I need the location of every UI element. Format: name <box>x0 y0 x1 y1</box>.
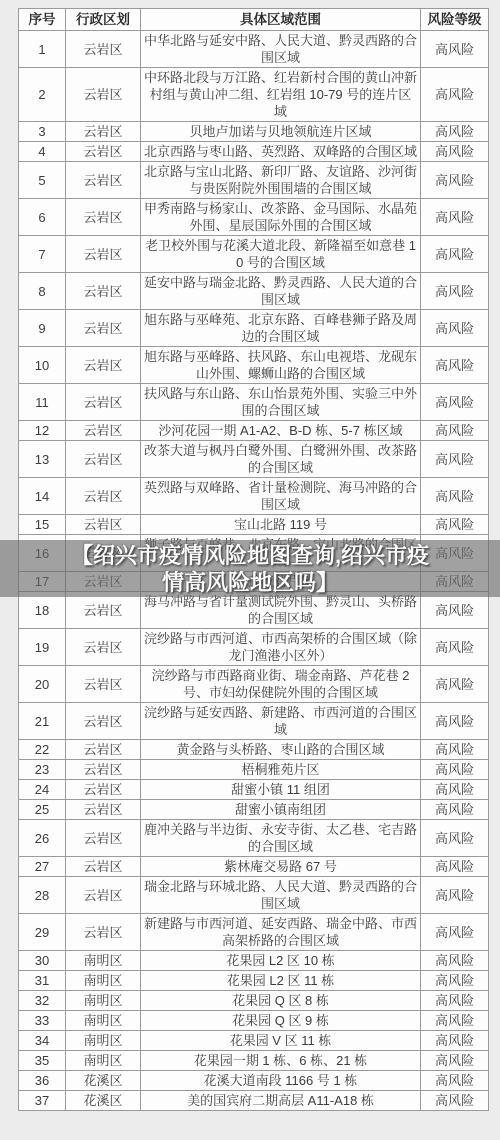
district-cell: 云岩区 <box>66 347 141 384</box>
area-scope-cell: 沙河花园一期 A1-A2、B-D 栋、5-7 栋区域 <box>141 421 421 441</box>
area-scope-cell: 甜蜜小镇南组团 <box>141 800 421 820</box>
risk-level-cell: 高风险 <box>421 914 489 951</box>
district-cell: 云岩区 <box>66 877 141 914</box>
area-scope-cell: 北京西路与枣山路、英烈路、双峰路的合围区域 <box>141 142 421 162</box>
table-row: 14 云岩区 英烈路与双峰路、省计量检测院、海马冲路的合围区域 高风险 <box>19 478 489 515</box>
area-scope-cell: 浣纱路与市西路商业街、瑞金南路、芦花巷 2 号、市妇幼保健院外围的合围区域 <box>141 666 421 703</box>
risk-level-cell: 高风险 <box>421 68 489 122</box>
risk-level-cell: 高风险 <box>421 310 489 347</box>
serial-number-cell: 23 <box>19 760 66 780</box>
risk-level-cell: 高风险 <box>421 592 489 629</box>
risk-level-cell: 高风险 <box>421 951 489 971</box>
area-scope-cell: 贝地卢加诺与贝地领航连片区域 <box>141 122 421 142</box>
area-scope-cell: 鹿冲关路与半边街、永安寺街、太乙巷、宅吉路的合围区域 <box>141 820 421 857</box>
district-cell: 云岩区 <box>66 310 141 347</box>
area-scope-cell: 老卫校外围与花溪大道北段、新隆福至如意巷 10 号的合围区域 <box>141 236 421 273</box>
district-cell: 南明区 <box>66 1011 141 1031</box>
table-row: 29 云岩区 新建路与市西河道、延安西路、瑞金中路、市西高架桥路的合围区域 高风… <box>19 914 489 951</box>
area-scope-cell: 甲秀南路与杨家山、改茶路、金马国际、水晶苑外围、星辰国际外围的合围区域 <box>141 199 421 236</box>
district-cell: 花溪区 <box>66 1091 141 1111</box>
district-cell: 云岩区 <box>66 199 141 236</box>
serial-number-cell: 20 <box>19 666 66 703</box>
risk-level-cell: 高风险 <box>421 515 489 535</box>
header-area-scope: 具体区域范围 <box>141 9 421 31</box>
district-cell: 云岩区 <box>66 740 141 760</box>
district-cell: 云岩区 <box>66 629 141 666</box>
table-row: 19 云岩区 浣纱路与市西河道、市西高架桥的合围区域（除龙门渔港小区外） 高风险 <box>19 629 489 666</box>
district-cell: 云岩区 <box>66 384 141 421</box>
table-row: 25 云岩区 甜蜜小镇南组团 高风险 <box>19 800 489 820</box>
serial-number-cell: 21 <box>19 703 66 740</box>
serial-number-cell: 19 <box>19 629 66 666</box>
serial-number-cell: 2 <box>19 68 66 122</box>
table-row: 3 云岩区 贝地卢加诺与贝地领航连片区域 高风险 <box>19 122 489 142</box>
area-scope-cell: 黄金路与头桥路、枣山路的合围区域 <box>141 740 421 760</box>
table-row: 33 南明区 花果园 Q 区 9 栋 高风险 <box>19 1011 489 1031</box>
area-scope-cell: 改茶大道与枫丹白鹭外围、白鹭洲外围、改茶路的合围区域 <box>141 441 421 478</box>
header-risk-level: 风险等级 <box>421 9 489 31</box>
risk-level-cell: 高风险 <box>421 273 489 310</box>
table-header-row: 序号 行政区划 具体区域范围 风险等级 <box>19 9 489 31</box>
serial-number-cell: 8 <box>19 273 66 310</box>
table-row: 15 云岩区 宝山北路 119 号 高风险 <box>19 515 489 535</box>
risk-level-cell: 高风险 <box>421 162 489 199</box>
table-row: 20 云岩区 浣纱路与市西路商业街、瑞金南路、芦花巷 2 号、市妇幼保健院外围的… <box>19 666 489 703</box>
serial-number-cell: 26 <box>19 820 66 857</box>
serial-number-cell: 1 <box>19 31 66 68</box>
risk-level-cell: 高风险 <box>421 478 489 515</box>
area-scope-cell: 花果园一期 1 栋、6 栋、21 栋 <box>141 1051 421 1071</box>
risk-level-cell: 高风险 <box>421 384 489 421</box>
table-row: 8 云岩区 延安中路与瑞金北路、黔灵西路、人民大道的合围区域 高风险 <box>19 273 489 310</box>
risk-level-cell: 高风险 <box>421 971 489 991</box>
district-cell: 花溪区 <box>66 1071 141 1091</box>
district-cell: 云岩区 <box>66 666 141 703</box>
risk-level-cell: 高风险 <box>421 780 489 800</box>
risk-level-cell: 高风险 <box>421 800 489 820</box>
table-row: 11 云岩区 扶风路与东山路、东山怡景苑外围、实验三中外围的合围区域 高风险 <box>19 384 489 421</box>
area-scope-cell: 浣纱路与延安西路、新建路、市西河道的合围区域 <box>141 703 421 740</box>
serial-number-cell: 18 <box>19 592 66 629</box>
district-cell: 云岩区 <box>66 760 141 780</box>
header-district: 行政区划 <box>66 9 141 31</box>
risk-level-cell: 高风险 <box>421 877 489 914</box>
risk-level-cell: 高风险 <box>421 441 489 478</box>
district-cell: 云岩区 <box>66 31 141 68</box>
risk-level-cell: 高风险 <box>421 629 489 666</box>
risk-level-cell: 高风险 <box>421 991 489 1011</box>
area-scope-cell: 花果园 Q 区 9 栋 <box>141 1011 421 1031</box>
area-scope-cell: 花果园 V 区 11 栋 <box>141 1031 421 1051</box>
serial-number-cell: 27 <box>19 857 66 877</box>
district-cell: 云岩区 <box>66 236 141 273</box>
table-row: 22 云岩区 黄金路与头桥路、枣山路的合围区域 高风险 <box>19 740 489 760</box>
table-row: 7 云岩区 老卫校外围与花溪大道北段、新隆福至如意巷 10 号的合围区域 高风险 <box>19 236 489 273</box>
risk-level-cell: 高风险 <box>421 31 489 68</box>
risk-level-cell: 高风险 <box>421 740 489 760</box>
district-cell: 南明区 <box>66 1051 141 1071</box>
serial-number-cell: 11 <box>19 384 66 421</box>
table-row: 30 南明区 花果园 L2 区 10 栋 高风险 <box>19 951 489 971</box>
serial-number-cell: 15 <box>19 515 66 535</box>
table-row: 9 云岩区 旭东路与巫峰苑、北京东路、百峰巷狮子路及周边的合围区域 高风险 <box>19 310 489 347</box>
risk-level-cell: 高风险 <box>421 1051 489 1071</box>
district-cell: 云岩区 <box>66 441 141 478</box>
risk-level-cell: 高风险 <box>421 1031 489 1051</box>
area-scope-cell: 花果园 Q 区 8 栋 <box>141 991 421 1011</box>
table-row: 23 云岩区 梧桐雅苑片区 高风险 <box>19 760 489 780</box>
table-row: 36 花溪区 花溪大道南段 1166 号 1 栋 高风险 <box>19 1071 489 1091</box>
page: 序号 行政区划 具体区域范围 风险等级 1 云岩区 中华北路与延安中路、人民大道… <box>0 0 500 1140</box>
area-scope-cell: 浣纱路与市西河道、市西高架桥的合围区域（除龙门渔港小区外） <box>141 629 421 666</box>
serial-number-cell: 36 <box>19 1071 66 1091</box>
district-cell: 云岩区 <box>66 68 141 122</box>
serial-number-cell: 6 <box>19 199 66 236</box>
district-cell: 云岩区 <box>66 592 141 629</box>
area-scope-cell: 花溪大道南段 1166 号 1 栋 <box>141 1071 421 1091</box>
table-row: 31 南明区 花果园 L2 区 11 栋 高风险 <box>19 971 489 991</box>
serial-number-cell: 9 <box>19 310 66 347</box>
table-row: 10 云岩区 旭东路与巫峰路、扶风路、东山电视塔、龙砚东山外围、螺蛳山路的合围区… <box>19 347 489 384</box>
table-row: 26 云岩区 鹿冲关路与半边街、永安寺街、太乙巷、宅吉路的合围区域 高风险 <box>19 820 489 857</box>
district-cell: 云岩区 <box>66 820 141 857</box>
table-row: 24 云岩区 甜蜜小镇 11 组团 高风险 <box>19 780 489 800</box>
district-cell: 云岩区 <box>66 478 141 515</box>
table-row: 21 云岩区 浣纱路与延安西路、新建路、市西河道的合围区域 高风险 <box>19 703 489 740</box>
area-scope-cell: 延安中路与瑞金北路、黔灵西路、人民大道的合围区域 <box>141 273 421 310</box>
risk-level-cell: 高风险 <box>421 820 489 857</box>
area-scope-cell: 中环路北段与万江路、红岩新村合围的黄山冲新村组与黄山冲二组、红岩组 10-79 … <box>141 68 421 122</box>
serial-number-cell: 22 <box>19 740 66 760</box>
area-scope-cell: 旭东路与巫峰路、扶风路、东山电视塔、龙砚东山外围、螺蛳山路的合围区域 <box>141 347 421 384</box>
district-cell: 云岩区 <box>66 800 141 820</box>
risk-level-cell: 高风险 <box>421 1011 489 1031</box>
area-scope-cell: 宝山北路 119 号 <box>141 515 421 535</box>
watermark-overlay: 【绍兴市疫情风险地图查询,绍兴市疫情高风险地区吗】 <box>0 540 500 597</box>
district-cell: 南明区 <box>66 991 141 1011</box>
serial-number-cell: 35 <box>19 1051 66 1071</box>
district-cell: 云岩区 <box>66 162 141 199</box>
district-cell: 云岩区 <box>66 273 141 310</box>
area-scope-cell: 中华北路与延安中路、人民大道、黔灵西路的合围区域 <box>141 31 421 68</box>
serial-number-cell: 13 <box>19 441 66 478</box>
serial-number-cell: 28 <box>19 877 66 914</box>
district-cell: 云岩区 <box>66 857 141 877</box>
risk-level-cell: 高风险 <box>421 857 489 877</box>
table-row: 13 云岩区 改茶大道与枫丹白鹭外围、白鹭洲外围、改茶路的合围区域 高风险 <box>19 441 489 478</box>
area-scope-cell: 瑞金北路与环城北路、人民大道、黔灵西路的合围区域 <box>141 877 421 914</box>
serial-number-cell: 31 <box>19 971 66 991</box>
area-scope-cell: 北京路与宝山北路、新印厂路、友谊路、沙河街与贵医附院外围围墙的合围区域 <box>141 162 421 199</box>
serial-number-cell: 7 <box>19 236 66 273</box>
serial-number-cell: 33 <box>19 1011 66 1031</box>
area-scope-cell: 紫林庵交易路 67 号 <box>141 857 421 877</box>
serial-number-cell: 12 <box>19 421 66 441</box>
risk-level-cell: 高风险 <box>421 142 489 162</box>
area-scope-cell: 花果园 L2 区 10 栋 <box>141 951 421 971</box>
table-row: 1 云岩区 中华北路与延安中路、人民大道、黔灵西路的合围区域 高风险 <box>19 31 489 68</box>
serial-number-cell: 37 <box>19 1091 66 1111</box>
risk-level-cell: 高风险 <box>421 199 489 236</box>
table-row: 4 云岩区 北京西路与枣山路、英烈路、双峰路的合围区域 高风险 <box>19 142 489 162</box>
area-scope-cell: 旭东路与巫峰苑、北京东路、百峰巷狮子路及周边的合围区域 <box>141 310 421 347</box>
serial-number-cell: 32 <box>19 991 66 1011</box>
district-cell: 云岩区 <box>66 122 141 142</box>
table-row: 5 云岩区 北京路与宝山北路、新印厂路、友谊路、沙河街与贵医附院外围围墙的合围区… <box>19 162 489 199</box>
risk-level-cell: 高风险 <box>421 703 489 740</box>
serial-number-cell: 3 <box>19 122 66 142</box>
risk-level-cell: 高风险 <box>421 1071 489 1091</box>
district-cell: 云岩区 <box>66 515 141 535</box>
table-row: 2 云岩区 中环路北段与万江路、红岩新村合围的黄山冲新村组与黄山冲二组、红岩组 … <box>19 68 489 122</box>
table-row: 12 云岩区 沙河花园一期 A1-A2、B-D 栋、5-7 栋区域 高风险 <box>19 421 489 441</box>
watermark-text: 【绍兴市疫情风险地图查询,绍兴市疫情高风险地区吗】 <box>63 542 437 596</box>
serial-number-cell: 5 <box>19 162 66 199</box>
table-row: 35 南明区 花果园一期 1 栋、6 栋、21 栋 高风险 <box>19 1051 489 1071</box>
district-cell: 南明区 <box>66 1031 141 1051</box>
area-scope-cell: 花果园 L2 区 11 栋 <box>141 971 421 991</box>
table-row: 34 南明区 花果园 V 区 11 栋 高风险 <box>19 1031 489 1051</box>
area-scope-cell: 甜蜜小镇 11 组团 <box>141 780 421 800</box>
table-row: 37 花溪区 美的国宾府二期高层 A11-A18 栋 高风险 <box>19 1091 489 1111</box>
risk-level-cell: 高风险 <box>421 666 489 703</box>
area-scope-cell: 美的国宾府二期高层 A11-A18 栋 <box>141 1091 421 1111</box>
risk-level-cell: 高风险 <box>421 760 489 780</box>
area-scope-cell: 新建路与市西河道、延安西路、瑞金中路、市西高架桥路的合围区域 <box>141 914 421 951</box>
district-cell: 南明区 <box>66 971 141 991</box>
serial-number-cell: 14 <box>19 478 66 515</box>
serial-number-cell: 24 <box>19 780 66 800</box>
table-row: 32 南明区 花果园 Q 区 8 栋 高风险 <box>19 991 489 1011</box>
table-row: 6 云岩区 甲秀南路与杨家山、改茶路、金马国际、水晶苑外围、星辰国际外围的合围区… <box>19 199 489 236</box>
district-cell: 南明区 <box>66 951 141 971</box>
area-scope-cell: 海马冲路与省计量测试院外围、黔灵山、头桥路的合围区域 <box>141 592 421 629</box>
serial-number-cell: 10 <box>19 347 66 384</box>
area-scope-cell: 梧桐雅苑片区 <box>141 760 421 780</box>
table-row: 27 云岩区 紫林庵交易路 67 号 高风险 <box>19 857 489 877</box>
district-cell: 云岩区 <box>66 914 141 951</box>
district-cell: 云岩区 <box>66 780 141 800</box>
table-row: 18 云岩区 海马冲路与省计量测试院外围、黔灵山、头桥路的合围区域 高风险 <box>19 592 489 629</box>
risk-level-cell: 高风险 <box>421 421 489 441</box>
risk-level-cell: 高风险 <box>421 122 489 142</box>
district-cell: 云岩区 <box>66 421 141 441</box>
header-serial-number: 序号 <box>19 9 66 31</box>
area-scope-cell: 扶风路与东山路、东山怡景苑外围、实验三中外围的合围区域 <box>141 384 421 421</box>
risk-level-cell: 高风险 <box>421 236 489 273</box>
district-cell: 云岩区 <box>66 703 141 740</box>
serial-number-cell: 30 <box>19 951 66 971</box>
district-cell: 云岩区 <box>66 142 141 162</box>
area-scope-cell: 英烈路与双峰路、省计量检测院、海马冲路的合围区域 <box>141 478 421 515</box>
risk-level-cell: 高风险 <box>421 347 489 384</box>
table-row: 28 云岩区 瑞金北路与环城北路、人民大道、黔灵西路的合围区域 高风险 <box>19 877 489 914</box>
serial-number-cell: 34 <box>19 1031 66 1051</box>
serial-number-cell: 25 <box>19 800 66 820</box>
serial-number-cell: 29 <box>19 914 66 951</box>
serial-number-cell: 4 <box>19 142 66 162</box>
risk-level-cell: 高风险 <box>421 1091 489 1111</box>
